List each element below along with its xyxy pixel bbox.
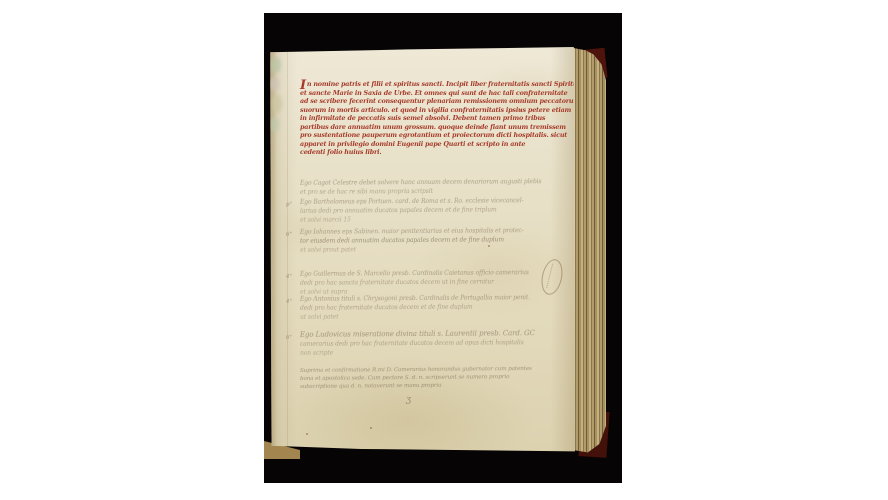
ink-speck <box>370 427 372 429</box>
member-entry: 6° Ego Iohannes eps Sabinen. maior penit… <box>300 226 524 255</box>
marginal-mark: p° <box>286 201 292 210</box>
illumination-showthrough <box>271 117 279 132</box>
pen-flourish: ʒ <box>406 395 411 405</box>
entry-line: et solvi prout patet <box>300 244 524 255</box>
illumination-showthrough <box>270 77 279 91</box>
entry-line: et pro se de hac re sibi manu propria sc… <box>300 186 542 197</box>
rubric-text-block: In nomine patris et filii et spiritus sa… <box>300 80 545 157</box>
marginal-mark: 6° <box>286 231 292 240</box>
photo-black-background: In nomine patris et filii et spiritus sa… <box>264 13 622 483</box>
library-stamp <box>538 257 565 296</box>
ink-speck <box>306 433 308 435</box>
rubric-line: apparet in privilegio domini Eugenii pap… <box>300 140 545 149</box>
illumination-showthrough <box>271 57 281 73</box>
entry-line: non scripte <box>300 347 535 358</box>
illumination-showthrough <box>272 95 282 113</box>
rubric-line: in infirmitate de peccatis suis semel ab… <box>300 114 545 123</box>
rubric-line: cedenti folio huius libri. <box>300 148 545 157</box>
marginal-mark: 4° <box>286 298 292 307</box>
marginal-mark: 4° <box>286 273 292 282</box>
book-fore-edge <box>573 48 606 454</box>
rubric-line: ad se scribere fecerint consequentur ple… <box>300 97 545 106</box>
member-entry: 6° Ego Ludovicus miseratione divina titu… <box>300 329 535 358</box>
rubric-line-text: n nomine patris et filii et spiritus san… <box>307 80 581 88</box>
manuscript-page: In nomine patris et filii et spiritus sa… <box>270 47 575 453</box>
member-entry: 4° Ego Antonius tituli s. Chrysogoni pre… <box>300 293 530 322</box>
closing-note: Suprima et confirmatione R.mi D. Camerar… <box>300 366 532 391</box>
rubric-line: et sancte Marie in Saxia de Urbe. Et omn… <box>300 89 545 98</box>
member-entry: p° Ego Bartholomeus eps Portuen. card. d… <box>300 196 524 225</box>
fold-line <box>287 47 288 453</box>
note-line: subscriptione qua d. n. notaverunt se ma… <box>300 382 532 392</box>
entry-line: et solvi marcii 15 <box>300 214 524 225</box>
entry-line: ut solvi patet <box>300 311 530 322</box>
screenshot-canvas: In nomine patris et filii et spiritus sa… <box>0 0 888 500</box>
marginal-mark: 6° <box>286 334 292 343</box>
rubric-line: partibus dare annuatim unum grossum. quo… <box>300 123 545 132</box>
rubric-line: suorum in mortis articulo. et quod in vi… <box>300 106 545 115</box>
rubric-line: In nomine patris et filii et spiritus sa… <box>300 80 545 89</box>
member-entry: Ego Cagot Celestre debet solvere hanc an… <box>300 177 542 197</box>
rubric-line: pro sustentatione pauperum egrotantium e… <box>300 131 545 140</box>
